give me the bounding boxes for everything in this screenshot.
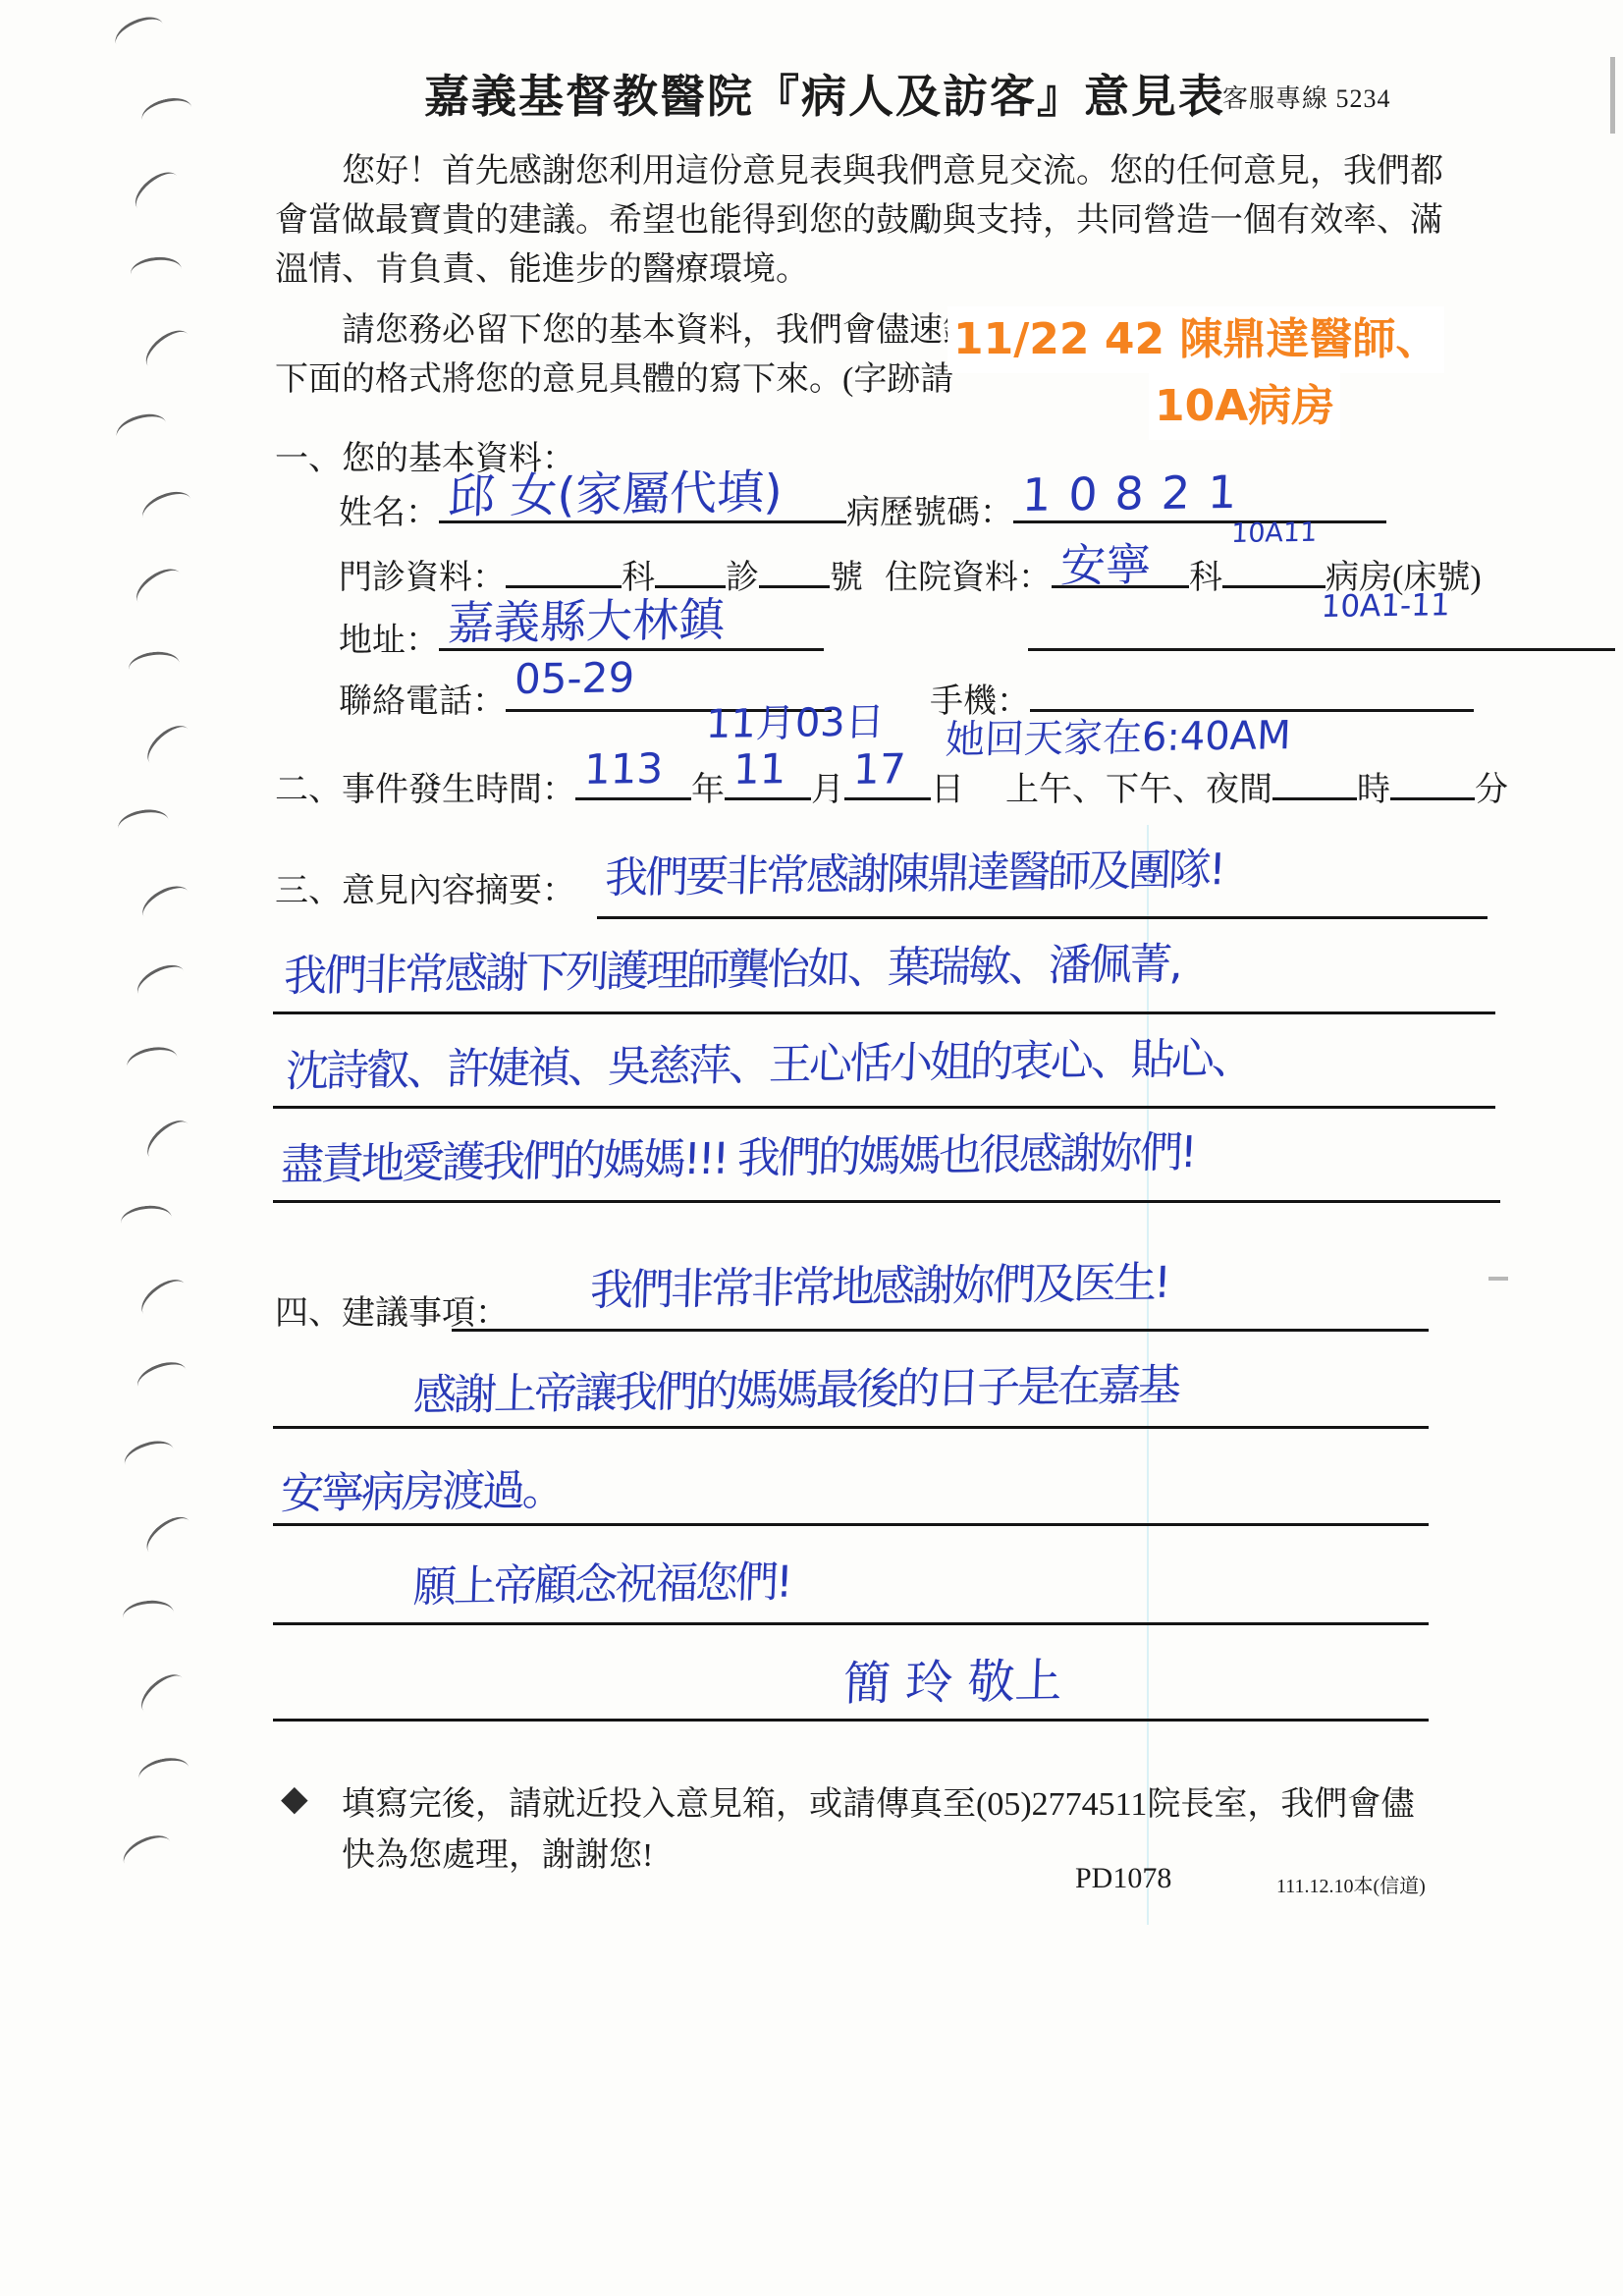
hole-punch-arc xyxy=(121,1598,175,1631)
ruled-line xyxy=(273,1523,1429,1526)
outpatient-dept-field xyxy=(506,542,622,588)
name-value: 邱 女(家屬代填) xyxy=(447,465,784,524)
scanned-feedback-form: 嘉義基督教醫院『病人及訪客』意見表 客服專線 5234 您好！首先感謝您利用這份… xyxy=(0,0,1623,2296)
clinic-suffix: 診 xyxy=(726,560,759,596)
opinion-line-1: 我們要非常感謝陳鼎達醫師及團隊! xyxy=(604,834,1224,905)
annotation-line1: 11/22 42 陳鼎達醫師、 xyxy=(947,306,1444,373)
hole-punch-arc xyxy=(119,1203,173,1237)
ward-value-above: 10A11 xyxy=(1230,506,1318,562)
hole-punch-arc xyxy=(135,1753,191,1792)
dept-suffix: 科 xyxy=(622,560,655,596)
hole-punch-arc xyxy=(129,165,186,220)
hole-punch-arc xyxy=(137,485,195,530)
number-field xyxy=(759,542,830,588)
address-field-2 xyxy=(1028,605,1615,651)
hole-punch-arc xyxy=(130,561,188,614)
hole-punch-arc xyxy=(139,323,197,377)
phone-label: 聯絡電話： xyxy=(339,683,506,720)
address-label: 地址： xyxy=(339,623,439,659)
orange-annotation: 11/22 42 陳鼎達醫師、 10A病房 xyxy=(947,306,1444,440)
day-label: 日 xyxy=(931,772,964,808)
service-hotline: 客服專線 5234 xyxy=(1222,79,1391,115)
year-value: 113 xyxy=(583,741,664,797)
hole-punch-arc xyxy=(135,1667,191,1722)
minute-label: 分 xyxy=(1475,772,1508,808)
suggestion-line-4: 願上帝顧念祝福您們! xyxy=(412,1547,791,1614)
day-value: 17 xyxy=(852,741,907,797)
intro-line: 您好！首先感謝您利用這份意見表與我們意見交流。您的任何意見，我們都 xyxy=(275,147,1458,196)
record-number-field: 10821 xyxy=(1013,477,1386,523)
day-field: 17 xyxy=(844,754,931,800)
form-code: PD1078 xyxy=(1075,1862,1171,1895)
ruled-line xyxy=(452,1329,1429,1332)
event-date-note: 11月03日 xyxy=(705,690,886,749)
record-number-value: 10821 xyxy=(1021,465,1255,522)
section4-heading: 四、建議事項： xyxy=(275,1286,509,1341)
name-row: 姓名：邱 女(家屬代填)病歷號碼：10821 xyxy=(339,477,1386,541)
ruled-line xyxy=(273,1200,1500,1203)
form-title: 嘉義基督教醫院『病人及訪客』意見表 xyxy=(424,61,1225,126)
phone-value: 05-29 xyxy=(514,650,635,707)
inpatient-label: 住院資料： xyxy=(885,560,1052,596)
address-value: 嘉義縣大林鎮 xyxy=(447,593,726,652)
hour-label: 時 xyxy=(1357,772,1390,808)
section3-heading: 三、意見內容摘要： xyxy=(275,864,575,919)
suggestion-line-1: 我們非常非常地感謝妳們及医生! xyxy=(589,1247,1169,1318)
month-value: 11 xyxy=(732,741,787,797)
inpatient-dept-suffix: 科 xyxy=(1189,560,1222,596)
hole-punch-arc xyxy=(134,1355,191,1399)
annotation-line2: 10A病房 xyxy=(1149,373,1340,440)
number-suffix: 號 xyxy=(830,560,863,596)
inpatient-dept-value: 安寧 xyxy=(1059,537,1152,593)
period-label: 上午、下午、夜間 xyxy=(1005,772,1272,808)
month-label: 月 xyxy=(811,772,844,808)
hole-punch-arc xyxy=(132,958,190,1008)
hole-punch-arc xyxy=(127,649,181,683)
hole-punch-arc xyxy=(116,806,171,844)
ruled-line xyxy=(273,1622,1429,1625)
intro-line: 會當做最寶貴的建議。希望也能得到您的鼓勵與支持，共同營造一個有效率、滿 xyxy=(275,196,1458,246)
intro-paragraph: 您好！首先感謝您利用這份意見表與我們意見交流。您的任何意見，我們都 會當做最寶貴… xyxy=(275,147,1458,295)
hole-punch-arc xyxy=(110,11,168,58)
hole-punch-arc xyxy=(139,718,196,773)
suggestion-line-2: 感謝上帝讓我們的媽媽最後的日子是在嘉基 xyxy=(412,1349,1179,1423)
hole-punch-arc xyxy=(121,1436,178,1479)
ruled-line xyxy=(273,1719,1429,1722)
form-version: 111.12.10本(信道) xyxy=(1276,1870,1426,1898)
minute-field xyxy=(1390,754,1475,800)
scan-artifact xyxy=(1488,1277,1508,1281)
hole-punch-arc xyxy=(119,1829,177,1877)
scan-artifact xyxy=(1610,57,1615,134)
inpatient-dept-field: 安寧 xyxy=(1052,542,1189,588)
hole-punch-arc xyxy=(135,1272,193,1325)
footer-line-1: 填寫完後，請就近投入意見箱，或請傳真至(05)2774511院長室，我們會儘 xyxy=(342,1779,1461,1831)
hole-punch-arc xyxy=(140,1509,198,1563)
hole-punch-arc xyxy=(140,1113,197,1168)
phone-row: 聯絡電話：05-29手機： xyxy=(339,666,1474,730)
ruled-line xyxy=(273,1106,1495,1109)
hole-punch-arc xyxy=(139,92,196,133)
clinic-field xyxy=(655,542,726,588)
ruled-line xyxy=(273,1011,1495,1014)
name-field: 邱 女(家屬代填) xyxy=(439,477,846,523)
year-label: 年 xyxy=(691,772,725,808)
ruled-line xyxy=(273,1426,1429,1429)
signature: 簡 玲 敬上 xyxy=(842,1643,1063,1714)
year-field: 113 xyxy=(575,754,691,800)
hole-punch-arc xyxy=(129,254,183,288)
event-time-row: 二、事件發生時間：113年11月17日上午、下午、夜間時分 xyxy=(275,754,1508,818)
ruled-line xyxy=(597,916,1488,919)
record-number-label: 病歷號碼： xyxy=(846,495,1013,531)
hole-punch-arc xyxy=(136,879,195,929)
hour-field xyxy=(1272,754,1357,800)
opinion-line-3: 沈詩叡、許婕禎、吳慈萍、王心恬小姐的衷心、貼心、 xyxy=(285,1022,1253,1099)
diamond-bullet: ◆ xyxy=(281,1777,308,1819)
opinion-line-2: 我們非常感謝下列護理師龔怡如、葉瑞敏、潘佩菁, xyxy=(283,928,1181,1004)
hole-punch-arc xyxy=(113,409,170,451)
suggestion-line-3: 安寧病房渡過。 xyxy=(280,1454,564,1521)
month-field: 11 xyxy=(725,754,811,800)
intro-line: 溫情、肯負責、能進步的醫療環境。 xyxy=(275,246,1458,295)
address-field: 嘉義縣大林鎮 xyxy=(439,605,824,651)
footer-note: 填寫完後，請就近投入意見箱，或請傳真至(05)2774511院長室，我們會儘 快… xyxy=(342,1779,1461,1882)
section2-heading: 二、事件發生時間： xyxy=(275,772,575,808)
opinion-line-4: 盡責地愛護我們的媽媽!!! 我們的媽媽也很感謝妳們! xyxy=(280,1117,1196,1192)
hole-punch-arc xyxy=(124,1043,180,1081)
outpatient-label: 門診資料： xyxy=(339,560,506,596)
ward-field: 10A11 xyxy=(1222,542,1325,588)
name-label: 姓名： xyxy=(339,495,439,531)
